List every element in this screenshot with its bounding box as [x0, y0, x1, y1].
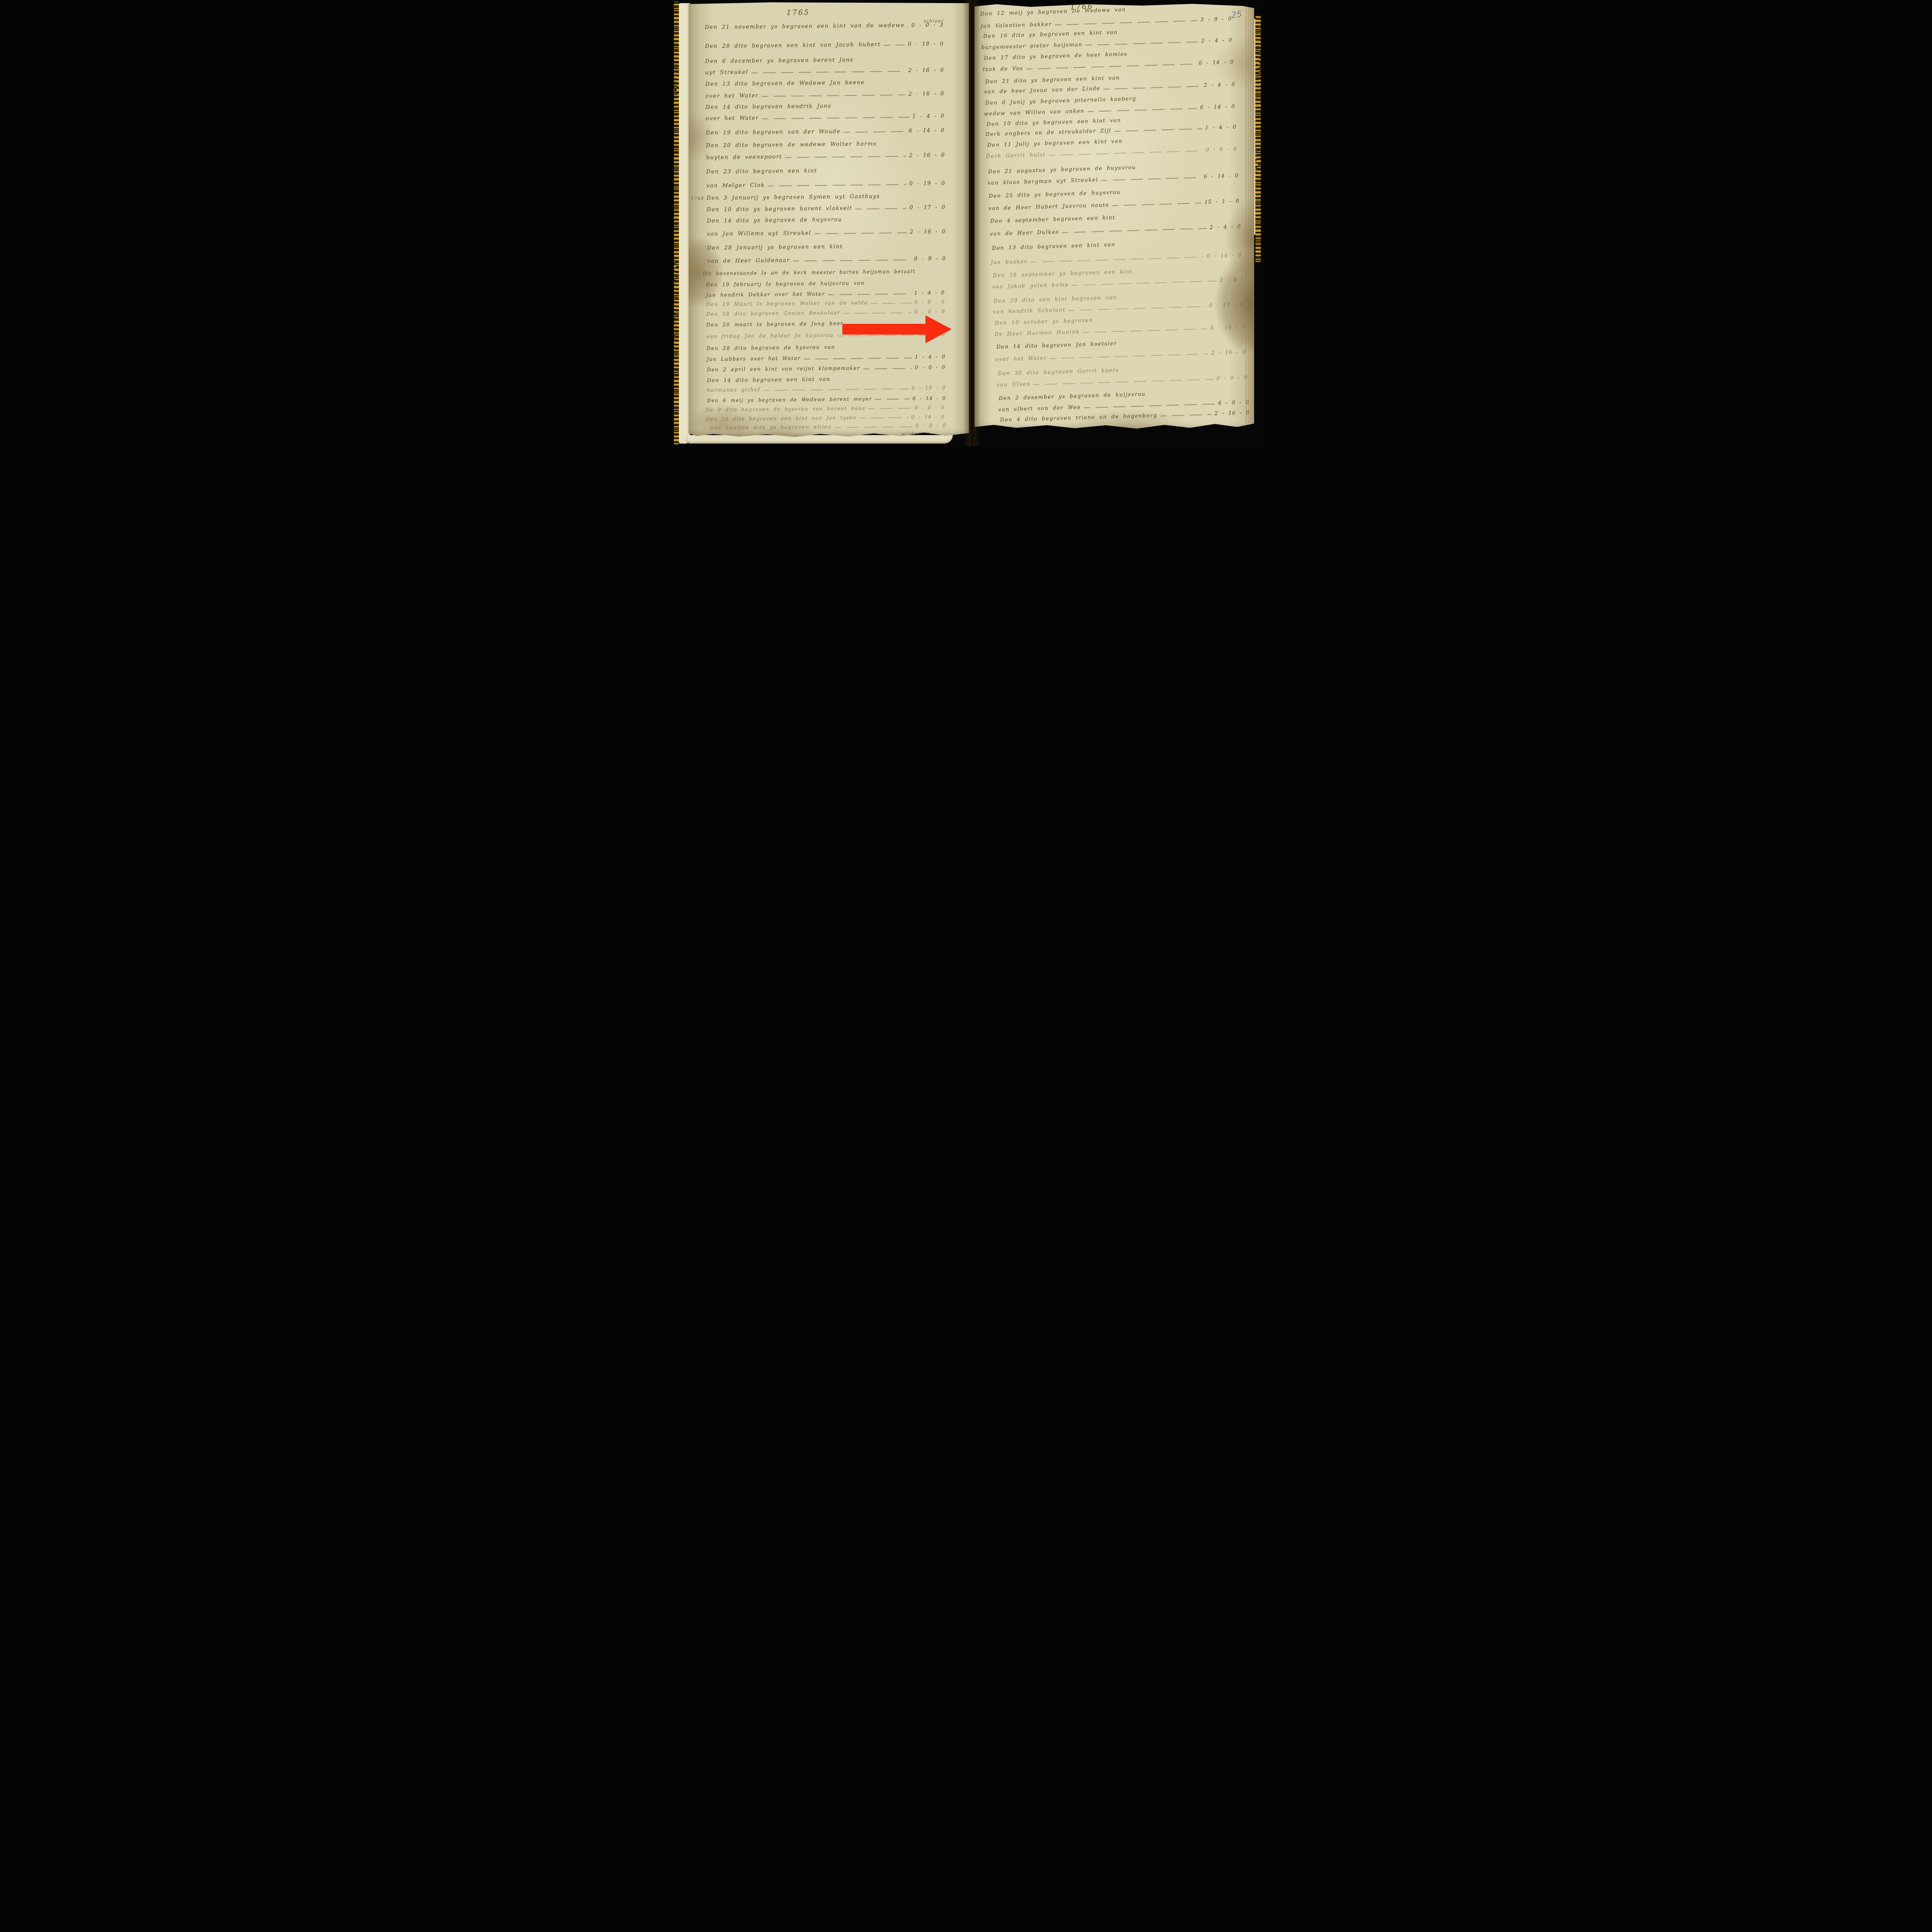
register-line: over het Water1 - 4 - 0	[706, 113, 944, 121]
register-line: Den 2 april een kint van reijnt klompema…	[707, 365, 946, 373]
register-line: Den 6 Junij ys begraven piternella koebe…	[985, 95, 1136, 106]
register-line: Den 12 meij ys begraven De Wedewe van	[980, 7, 1126, 17]
register-line: buyten de veenepoort2 - 16 - 0	[706, 152, 945, 160]
register-line: over het Water2 - 16 - 0	[705, 90, 944, 99]
register-line: Den 21 augustus ys begraven de huysvrou	[988, 164, 1136, 175]
register-line: van Ulsen0 - 0 - 0	[997, 374, 1248, 388]
register-line: Jan hendrik Dekker over het Water1 - 4 -…	[706, 290, 945, 298]
register-line: Den 2 desember ys begraven de huijsvrou	[998, 391, 1146, 401]
register-line: Derk Gerrit hulst0 - 0 - 0	[986, 146, 1237, 160]
flyleaf-edge-left	[679, 3, 690, 444]
register-line: Jan buskes0 - 14 - 0	[990, 252, 1242, 265]
register-line: Den 14 dito ys begraven de huysvrou	[707, 216, 842, 224]
register-line: Jan Valentien bakker3 - 9 - 0	[980, 16, 1231, 29]
register-line: Den 11 Julij ys begraven een kint van	[987, 138, 1122, 148]
marbled-cover-edge-right	[1255, 15, 1261, 263]
register-line: uyt Streukel2 - 16 - 0	[705, 67, 944, 76]
register-line: Den 3 Januarij ys begraven Symen uyt Gas…	[706, 193, 880, 201]
register-line: Den 26 september ys begraven een kint	[992, 269, 1133, 279]
register-line: Den 21 november ys begraven een kint van…	[704, 22, 943, 31]
register-line: harmanes grihof0 - 19 - 0	[707, 385, 946, 393]
register-line: Den 21 dito ys begraven een kint van	[985, 75, 1119, 85]
register-line: Den 10 october ys begraven	[995, 317, 1093, 327]
red-arrow-annotation	[842, 315, 952, 343]
register-line: De 9 dito begraven de hysvrou van berent…	[706, 405, 944, 413]
register-line: Den 10 dito ys begraven barent vlakvelt0…	[706, 204, 945, 213]
register-line: Den 14 dito begraven Jan koetsier	[996, 340, 1117, 350]
register-line: Izak de Vos6 - 14 - 0	[983, 59, 1234, 73]
marbled-cover-edge-left	[674, 2, 679, 444]
register-line: wedew van Willen van anken6 - 14 - 0	[984, 104, 1235, 117]
register-line: van Jokob galen kamp2 - 4 -	[992, 276, 1243, 290]
register-line: van de Heer Guldenaar9 - 9 - 0	[707, 255, 946, 264]
register-line: 1765	[786, 8, 810, 17]
register-line: burgemeester pieter heijsman2 - 4 - 0	[981, 37, 1232, 51]
register-line: Den 10 dito begraven een kint van Jan ty…	[706, 414, 944, 422]
register-line: Den 13 dito begraven een kint van	[992, 241, 1115, 251]
arrow-right-icon	[842, 315, 952, 343]
register-page-right: 1766Den 12 meij ys begraven De Wedewe va…	[975, 4, 1254, 431]
register-line: Jan Lubbers over het Water1 - 4 - 0	[706, 354, 945, 362]
register-line: van Melger Clok0 - 19 - 0	[706, 180, 945, 189]
register-line: Den 13 dito begraven de Wedewe Jan beene	[705, 80, 865, 87]
register-page-left: 1765schiperDen 21 november ys begraven e…	[689, 2, 969, 437]
register-line: Den 19 Maart Is begraven Wolter van de v…	[706, 299, 945, 308]
register-line: Den 10 dito ys begraven een kint van	[986, 117, 1121, 127]
flyleaf-edge-bottom	[686, 435, 953, 444]
register-line: Den 30 dito begraven Gerrit koers	[998, 367, 1119, 377]
register-line: Den 20 dito begraven de wedewe Wolter ha…	[706, 141, 876, 149]
manuscript-scan: 1765schiperDen 21 november ys begraven e…	[671, 0, 1262, 446]
register-line: van hendrik Schelant0 - 17 - 0	[993, 301, 1244, 315]
register-line: Den 20 maart Is begraven de Jong heer	[706, 321, 843, 328]
register-line: Den 14 dito begraven hendrik Jans	[705, 103, 831, 111]
register-line: Den 6 meij ys begraven de Wedewe berent …	[707, 395, 946, 403]
register-line: van klaas bergman uyt Streukel6 - 14 - 0	[987, 172, 1238, 186]
left-page-entries: 1765schiperDen 21 november ys begraven e…	[688, 0, 973, 437]
register-line: Dit bovenstaande Is an de kerk meester b…	[702, 268, 915, 276]
register-line: van de Heer Dulkes2 - 4 - 0	[990, 223, 1241, 237]
register-line: Den 14 dito begraven een kint van	[707, 376, 830, 384]
register-line: Den 25 dito ys begraven de huysvrou	[988, 189, 1120, 199]
page-number-right: 25	[1230, 9, 1242, 20]
register-line: van de Heer Hubert Jusvrou nauta15 - 1 -…	[988, 198, 1239, 211]
register-line: van Jan Willems uyt Streukel2 - 16 - 0	[707, 228, 946, 237]
register-line: Den 28 dito begraven de hysvrou van	[706, 344, 835, 351]
register-line: over het Water2 - 16 - 0	[995, 349, 1246, 362]
register-line: Den 29 dito een kint begraven van	[993, 294, 1117, 304]
register-line: Den 19 februarij Is begraven de huijsvro…	[706, 281, 864, 288]
register-line: Den 28 Januarij ys begraven een kint	[707, 243, 842, 251]
right-page-entries: 1766Den 12 meij ys begraven De Wedewe va…	[974, 0, 1262, 431]
register-line: Den 23 dito begraven een kint	[706, 168, 817, 175]
register-line: Den 16 dito ys begraven een kint van	[983, 29, 1117, 39]
register-line: De Heer Harmen Hunink6 - 14 - 0	[994, 324, 1245, 337]
register-line: Den 28 dito begraven een kint van Jacob …	[705, 41, 944, 49]
register-line: 1766	[691, 196, 704, 201]
register-line: Den 17 dito ys begraven de heer komies	[984, 51, 1128, 61]
register-line: Den twelfde dito ys begraven altien0 - 0…	[709, 423, 946, 431]
register-line: Den 4 september begraven een kint	[990, 214, 1115, 224]
register-line: Den 19 dito begraven van der Woude6 - 14…	[706, 127, 944, 136]
register-line: Den 6 december ys begraven berent Jans	[705, 57, 853, 65]
